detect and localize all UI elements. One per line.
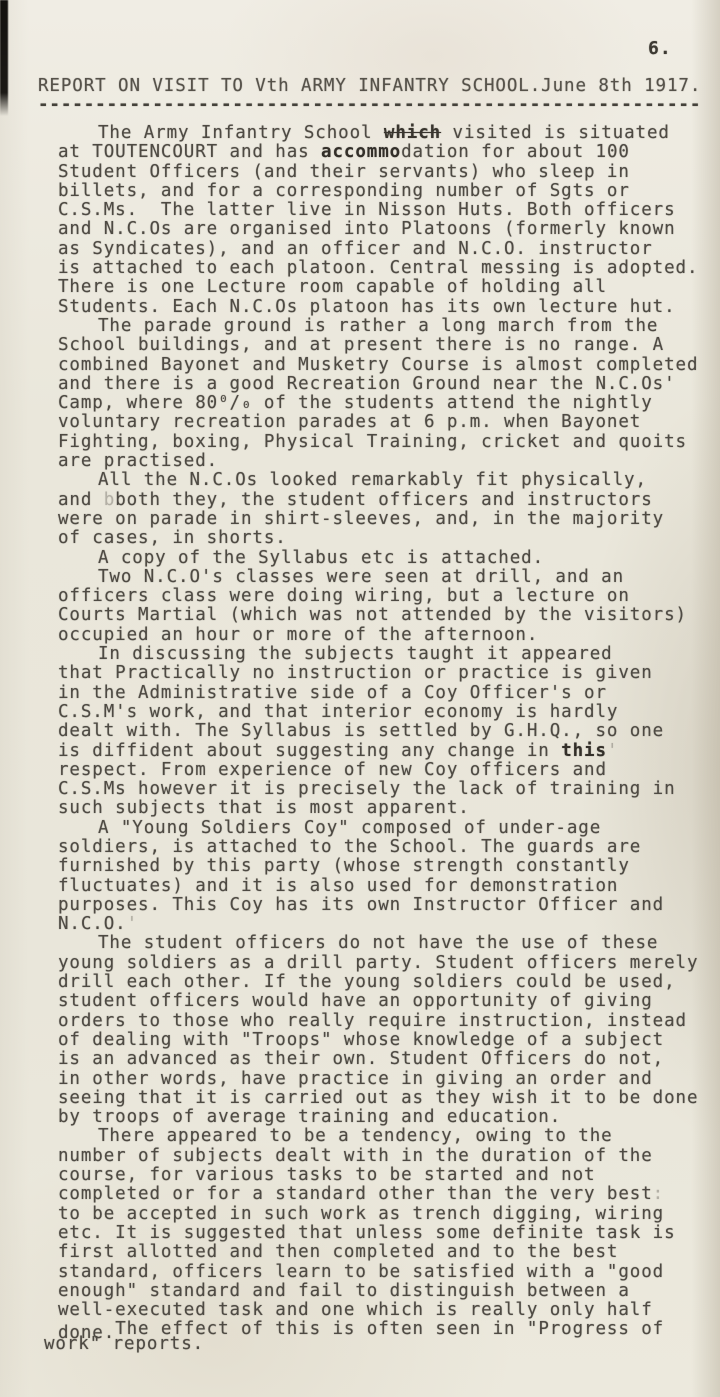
text-line: A "Young Soldiers Coy" composed of under…	[58, 819, 714, 838]
text-line: occupied an hour or more of the afternoo…	[58, 626, 714, 645]
text-segment: purposes. This Coy has its own Instructo…	[58, 895, 664, 915]
text-line: are practised.	[58, 452, 714, 471]
scan-edge-artifact	[0, 0, 8, 116]
text-segment: In discussing the subjects taught it app…	[98, 644, 613, 664]
text-segment: and N.C.Os are organised into Platoons (…	[58, 219, 676, 239]
text-segment: to be accepted in such work as trench di…	[58, 1204, 664, 1224]
text-segment: The Army Infantry School	[98, 123, 384, 143]
text-segment: b	[104, 490, 115, 510]
text-line: and there is a good Recreation Ground ne…	[58, 375, 714, 394]
text-line: enough" standard and fail to distinguish…	[58, 1282, 714, 1301]
text-line: in other words, have practice in giving …	[58, 1070, 714, 1089]
paragraph: A copy of the Syllabus etc is attached.	[58, 549, 714, 568]
text-segment: orders to those who really require instr…	[58, 1011, 687, 1031]
text-segment: both they, the student officers and inst…	[115, 490, 653, 510]
text-segment: furnished by this party (whose strength …	[58, 856, 630, 876]
text-segment: which	[384, 123, 441, 143]
text-line: Camp, where 80⁰/₀ of the students attend…	[58, 394, 714, 413]
text-line: at TOUTENCOURT and has accommodation for…	[58, 143, 714, 162]
text-segment: The student officers do not have the use…	[98, 933, 658, 953]
text-segment: that Practically no instruction or pract…	[58, 663, 653, 683]
text-segment: '	[127, 914, 138, 934]
text-segment: Two N.C.O's classes were seen at drill, …	[98, 567, 624, 587]
text-segment: billets, and for a corresponding number …	[58, 181, 630, 201]
text-segment: etc. It is suggested that unless some de…	[58, 1223, 676, 1243]
text-line: In discussing the subjects taught it app…	[58, 645, 714, 664]
text-line: orders to those who really require instr…	[58, 1012, 714, 1031]
text-line: to be accepted in such work as trench di…	[58, 1205, 714, 1224]
text-segment: enough" standard and fail to distinguish…	[58, 1281, 630, 1301]
text-line: purposes. This Coy has its own Instructo…	[58, 896, 714, 915]
text-segment: C.S.Ms however it is precisely the lack …	[58, 779, 676, 799]
text-line: by troops of average training and educat…	[58, 1108, 714, 1127]
text-segment: There appeared to be a tendency, owing t…	[98, 1126, 613, 1146]
text-segment: seeing that it is carried out as they wi…	[58, 1088, 698, 1108]
document-body: The Army Infantry School which visited i…	[58, 124, 714, 1354]
text-line: is attached to each platoon. Central mes…	[58, 259, 714, 278]
text-segment: number of subjects dealt with in the dur…	[58, 1146, 653, 1166]
text-line: of cases, in shorts.	[58, 529, 714, 548]
text-line: combined Bayonet and Musketry Course is …	[58, 356, 714, 375]
text-line: C.S.Ms however it is precisely the lack …	[58, 780, 714, 799]
page-number: 6.	[648, 38, 672, 59]
text-segment: A "Young Soldiers Coy" composed of under…	[98, 818, 601, 838]
text-segment: Fighting, boxing, Physical Training, cri…	[58, 432, 687, 452]
text-segment: dation for about 100	[401, 142, 630, 162]
text-line: in the Administrative side of a Coy Offi…	[58, 684, 714, 703]
paragraph: Two N.C.O's classes were seen at drill, …	[58, 568, 714, 645]
text-segment: by troops of average training and educat…	[58, 1107, 561, 1127]
text-segment: dealt with. The Syllabus is settled by G…	[58, 721, 664, 741]
text-segment: :	[653, 1184, 664, 1204]
paragraph: The parade ground is rather a long march…	[58, 317, 714, 471]
text-line: Fighting, boxing, Physical Training, cri…	[58, 433, 714, 452]
text-segment: student officers would have an opportuni…	[58, 991, 653, 1011]
text-line: C.S.M's work, and that interior economy …	[58, 703, 714, 722]
text-line: billets, and for a corresponding number …	[58, 182, 714, 201]
paragraph: The student officers do not have the use…	[58, 934, 714, 1127]
text-segment: Students. Each N.C.Os platoon has its ow…	[58, 297, 676, 317]
text-line: The student officers do not have the use…	[58, 934, 714, 953]
text-line: All the N.C.Os looked remarkably fit phy…	[58, 471, 714, 490]
text-segment: is attached to each platoon. Central mes…	[58, 258, 698, 278]
text-line: respect. From experience of new Coy offi…	[58, 761, 714, 780]
text-line: seeing that it is carried out as they wi…	[58, 1089, 714, 1108]
text-line: fluctuates) and it is also used for demo…	[58, 877, 714, 896]
text-segment: respect. From experience of new Coy offi…	[58, 760, 607, 780]
text-segment: There is one Lecture room capable of hol…	[58, 277, 607, 297]
text-segment: standard, officers learn to be satisfied…	[58, 1262, 664, 1282]
paragraph: The Army Infantry School which visited i…	[58, 124, 714, 317]
text-segment: completed or for a standard other than t…	[58, 1184, 653, 1204]
text-segment: School buildings, and at present there i…	[58, 335, 664, 355]
text-segment: Camp, where 80⁰/₀ of the students attend…	[58, 393, 653, 413]
text-line: dealt with. The Syllabus is settled by G…	[58, 722, 714, 741]
text-line: is diffident about suggesting any change…	[58, 742, 714, 761]
text-segment: Student Officers (and their servants) wh…	[58, 162, 630, 182]
text-line: voluntary recreation parades at 6 p.m. w…	[58, 413, 714, 432]
text-segment: fluctuates) and it is also used for demo…	[58, 876, 618, 896]
text-line: young soldiers as a drill party. Student…	[58, 954, 714, 973]
text-segment: '	[607, 741, 618, 761]
text-line: The Army Infantry School which visited i…	[58, 124, 714, 143]
paragraph: All the N.C.Os looked remarkably fit phy…	[58, 471, 714, 548]
text-line: A copy of the Syllabus etc is attached.	[58, 549, 714, 568]
text-line: standard, officers learn to be satisfied…	[58, 1263, 714, 1282]
text-line: course, for various tasks to be started …	[58, 1166, 714, 1185]
text-line: were on parade in shirt-sleeves, and, in…	[58, 510, 714, 529]
text-line: as Syndicates), and an officer and N.C.O…	[58, 240, 714, 259]
text-line: officers class were doing wiring, but a …	[58, 587, 714, 606]
text-segment: this	[561, 741, 607, 761]
scanned-page: 6. REPORT ON VISIT TO Vth ARMY INFANTRY …	[0, 0, 720, 1397]
text-segment: visited is situated	[441, 123, 670, 143]
text-line: There appeared to be a tendency, owing t…	[58, 1127, 714, 1146]
text-line: School buildings, and at present there i…	[58, 336, 714, 355]
text-segment: such subjects that is most apparent.	[58, 798, 470, 818]
text-segment: A copy of the Syllabus etc is attached.	[98, 548, 544, 568]
text-segment: All the N.C.Os looked remarkably fit phy…	[98, 470, 647, 490]
text-line: and bboth they, the student officers and…	[58, 491, 714, 510]
text-segment: combined Bayonet and Musketry Course is …	[58, 355, 698, 375]
text-line: Students. Each N.C.Os platoon has its ow…	[58, 298, 714, 317]
text-line: such subjects that is most apparent.	[58, 799, 714, 818]
text-line: soldiers, is attached to the School. The…	[58, 838, 714, 857]
text-line: of dealing with "Troops" whose knowledge…	[58, 1031, 714, 1050]
paragraph: In discussing the subjects taught it app…	[58, 645, 714, 819]
text-segment: and there is a good Recreation Ground ne…	[58, 374, 676, 394]
text-line: Two N.C.O's classes were seen at drill, …	[58, 568, 714, 587]
text-line: number of subjects dealt with in the dur…	[58, 1147, 714, 1166]
report-title: REPORT ON VISIT TO Vth ARMY INFANTRY SCH…	[38, 76, 701, 96]
text-segment: voluntary recreation parades at 6 p.m. w…	[58, 412, 641, 432]
text-line: furnished by this party (whose strength …	[58, 857, 714, 876]
text-line: well-executed task and one which is real…	[58, 1301, 714, 1320]
text-segment: of dealing with "Troops" whose knowledge…	[58, 1030, 664, 1050]
text-segment: were on parade in shirt-sleeves, and, in…	[58, 509, 664, 529]
text-line: first allotted and then completed and to…	[58, 1243, 714, 1262]
text-segment: drill each other. If the young soldiers …	[58, 972, 676, 992]
text-line: and N.C.Os are organised into Platoons (…	[58, 220, 714, 239]
text-line: C.S.Ms. The latter live in Nisson Huts. …	[58, 201, 714, 220]
text-segment: at TOUTENCOURT and has	[58, 142, 321, 162]
text-line: Courts Martial (which was not attended b…	[58, 606, 714, 625]
text-segment: Courts Martial (which was not attended b…	[58, 605, 687, 625]
text-line: drill each other. If the young soldiers …	[58, 973, 714, 992]
text-segment: is diffident about suggesting any change…	[58, 741, 561, 761]
text-line: There is one Lecture room capable of hol…	[58, 278, 714, 297]
paragraph: There appeared to be a tendency, owing t…	[58, 1127, 714, 1354]
text-segment: well-executed task and one which is real…	[58, 1300, 653, 1320]
text-segment: done.	[58, 1323, 115, 1343]
text-line: student officers would have an opportuni…	[58, 992, 714, 1011]
text-segment: course, for various tasks to be started …	[58, 1165, 596, 1185]
text-line: The parade ground is rather a long march…	[58, 317, 714, 336]
text-segment: first allotted and then completed and to…	[58, 1242, 618, 1262]
text-segment: soldiers, is attached to the School. The…	[58, 837, 641, 857]
text-line: is an advanced as their own. Student Off…	[58, 1050, 714, 1069]
text-segment: occupied an hour or more of the afternoo…	[58, 625, 538, 645]
text-segment: N.C.O.	[58, 914, 127, 934]
text-segment: C.S.Ms. The latter live in Nisson Huts. …	[58, 200, 676, 220]
title-underline: ----------------------------------------…	[38, 95, 701, 115]
text-line: Student Officers (and their servants) wh…	[58, 163, 714, 182]
text-line: that Practically no instruction or pract…	[58, 664, 714, 683]
text-line: completed or for a standard other than t…	[58, 1185, 714, 1204]
text-line: N.C.O.'	[58, 915, 714, 934]
text-line: etc. It is suggested that unless some de…	[58, 1224, 714, 1243]
text-segment: young soldiers as a drill party. Student…	[58, 953, 698, 973]
text-segment: of cases, in shorts.	[58, 528, 287, 548]
text-segment: and	[58, 490, 104, 510]
text-segment: officers class were doing wiring, but a …	[58, 586, 630, 606]
text-segment: as Syndicates), and an officer and N.C.O…	[58, 239, 653, 259]
text-segment: is an advanced as their own. Student Off…	[58, 1049, 664, 1069]
text-segment: accommo	[321, 142, 401, 162]
text-segment: The parade ground is rather a long march…	[98, 316, 658, 336]
text-segment: C.S.M's work, and that interior economy …	[58, 702, 618, 722]
text-segment: in the Administrative side of a Coy Offi…	[58, 683, 607, 703]
text-segment: in other words, have practice in giving …	[58, 1069, 653, 1089]
paragraph: A "Young Soldiers Coy" composed of under…	[58, 819, 714, 935]
text-segment: are practised.	[58, 451, 218, 471]
